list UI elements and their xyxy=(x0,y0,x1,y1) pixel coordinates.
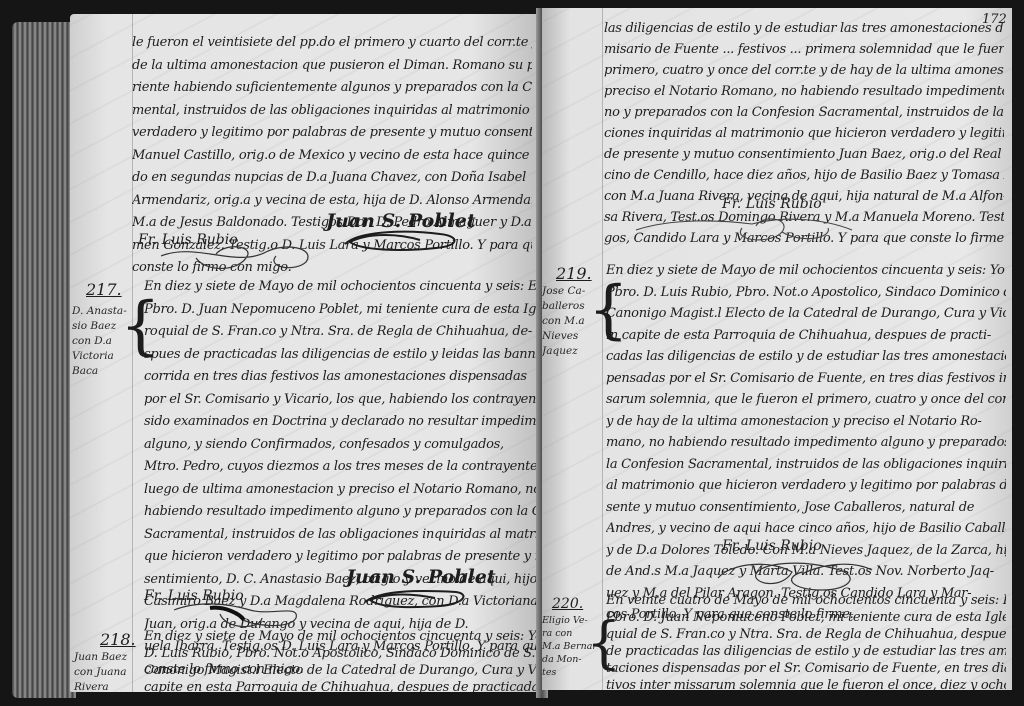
text-line: la Confesion Sacramental, instruidos de … xyxy=(606,454,1006,476)
text-line: cino de Cendillo, hace diez años, hijo d… xyxy=(604,165,1004,186)
text-line: sente y mutuo consentimiento, Jose Cabal… xyxy=(606,497,1006,519)
signature-flourish xyxy=(632,208,872,248)
text-line: do en segundas nupcias de D.a Juana Chav… xyxy=(132,167,532,190)
text-line: Canonigo Magist.l Electo de la Catedral … xyxy=(606,303,1006,325)
text-line: En veinte cuatro de Mayo de mil ochocien… xyxy=(606,592,1006,609)
text-line: Mtro. Pedro, cuyos diezmos a los tres me… xyxy=(144,456,536,479)
priest-signature: Fr. Luis Rubio xyxy=(722,538,822,554)
right-page: 172 las diligencias de estilo y de estud… xyxy=(542,8,1012,690)
text-line: corrida en tres dias festivos las amones… xyxy=(144,366,536,389)
text-line: sido examinados en Doctrina y declarado … xyxy=(144,411,536,434)
margin-rule xyxy=(602,8,603,690)
text-line: ciones inquiridas al matrimonio que hici… xyxy=(604,123,1004,144)
text-line: spues de practicadas las diligencias de … xyxy=(144,344,536,367)
text-line: quial de S. Fran.co y Ntra. Sra. de Regl… xyxy=(606,626,1006,643)
text-line: D. Luis Rubio, Pbro. Not.o Apostolico, S… xyxy=(144,645,536,662)
rubric-flourish xyxy=(360,584,470,610)
text-line: habiendo resultado impedimento alguno y … xyxy=(144,501,536,524)
text-line: primero, cuatro y once del corr.te y de … xyxy=(604,60,1004,81)
margin-note: Juan Baez con Juana Rivera xyxy=(74,650,127,692)
text-line: de practicadas las diligencias de estilo… xyxy=(606,643,1006,660)
text-line: taciones dispensadas por el Sr. Comisari… xyxy=(606,660,1006,677)
entry-218-text: En diez y siete de Mayo de mil ochocient… xyxy=(144,628,536,692)
text-line: En diez y siete de Mayo de mil ochocient… xyxy=(606,260,1006,282)
text-line: verdadero y legitimo por palabras de pre… xyxy=(132,122,532,145)
text-line: cadas las diligencias de estilo y de est… xyxy=(606,346,1006,368)
text-line: Armendariz, orig.a y vecina de esta, hij… xyxy=(132,190,532,213)
book-spread: le fueron el veintisiete del pp.do el pr… xyxy=(0,0,1024,706)
text-line: tivos inter missarum solemnia que le fue… xyxy=(606,677,1006,690)
left-page: le fueron el veintisiete del pp.do el pr… xyxy=(70,14,542,692)
entry-number: 220. xyxy=(552,596,583,612)
text-line: le fueron el veintisiete del pp.do el pr… xyxy=(132,32,532,55)
entry-number: 219. xyxy=(556,264,592,283)
page-edges xyxy=(12,22,76,698)
entry-220-text: En veinte cuatro de Mayo de mil ochocien… xyxy=(606,592,1006,690)
text-line: capite en esta Parroquia de Chihuahua, d… xyxy=(144,679,536,692)
text-line: de la ultima amonestacion que pusieron e… xyxy=(132,55,532,78)
text-line: sarum solemnia, que le fueron el primero… xyxy=(606,389,1006,411)
text-line: mental, instruidos de las obligaciones i… xyxy=(132,100,532,123)
text-line: in capite de esta Parroquia de Chihuahua… xyxy=(606,325,1006,347)
text-line: las diligencias de estilo y de estudiar … xyxy=(604,18,1004,39)
text-line: Canonigo Magist.l Electo de la Catedral … xyxy=(144,662,536,679)
text-line: misario de Fuente ... festivos ... prime… xyxy=(604,39,1004,60)
text-line: riente habiendo suficientemente algunos … xyxy=(132,77,532,100)
entry-number: 218. xyxy=(100,630,136,649)
text-line: no y preparados con la Confesion Sacrame… xyxy=(604,102,1004,123)
text-line: alguno, y siendo Confirmados, confesados… xyxy=(144,434,536,457)
entry-number: 217. xyxy=(86,280,122,299)
rubric-flourish xyxy=(340,224,470,254)
margin-note: Jose Ca- balleros con M.a Nieves Jaquez xyxy=(542,284,585,359)
signature-flourish xyxy=(156,238,326,274)
text-line: de presente y mutuo consentimiento Juan … xyxy=(604,144,1004,165)
text-line: En diez y siete de Mayo de mil ochocient… xyxy=(144,628,536,645)
text-line: al matrimonio que hicieron verdadero y l… xyxy=(606,475,1006,497)
text-line: Manuel Castillo, orig.o de Mexico y veci… xyxy=(132,145,532,168)
text-line: y de hay de la ultima amonestacion y pre… xyxy=(606,411,1006,433)
text-line: pensadas por el Sr. Comisario de Fuente,… xyxy=(606,368,1006,390)
text-line: Pbro. D. Luis Rubio, Pbro. Not.o Apostol… xyxy=(606,282,1006,304)
text-line: roquial de S. Fran.co y Ntra. Sra. de Re… xyxy=(144,321,536,344)
text-line: por el Sr. Comisario y Vicario, los que,… xyxy=(144,389,536,412)
text-line: mano, no habiendo resultado impedimento … xyxy=(606,432,1006,454)
margin-note: D. Anasta- sio Baez con D.a Victoria Bac… xyxy=(72,304,127,379)
text-line: Andres, y vecino de aqui hace cinco años… xyxy=(606,518,1006,540)
text-line: Pbro. D. Juan Nepomuceno Poblet, mi teni… xyxy=(144,299,536,322)
text-line: preciso el Notario Romano, no habiendo r… xyxy=(604,81,1004,102)
signature-flourish xyxy=(712,554,882,596)
text-line: luego de ultima amonestacion y preciso e… xyxy=(144,479,536,502)
text-line: Sacramental, instruidos de las obligacio… xyxy=(144,524,536,547)
text-line: Pbro. D. Juan Nepomuceno Poblet, mi teni… xyxy=(606,609,1006,626)
text-line: En diez y siete de Mayo de mil ochocient… xyxy=(144,276,536,299)
signature-flourish xyxy=(170,596,310,632)
